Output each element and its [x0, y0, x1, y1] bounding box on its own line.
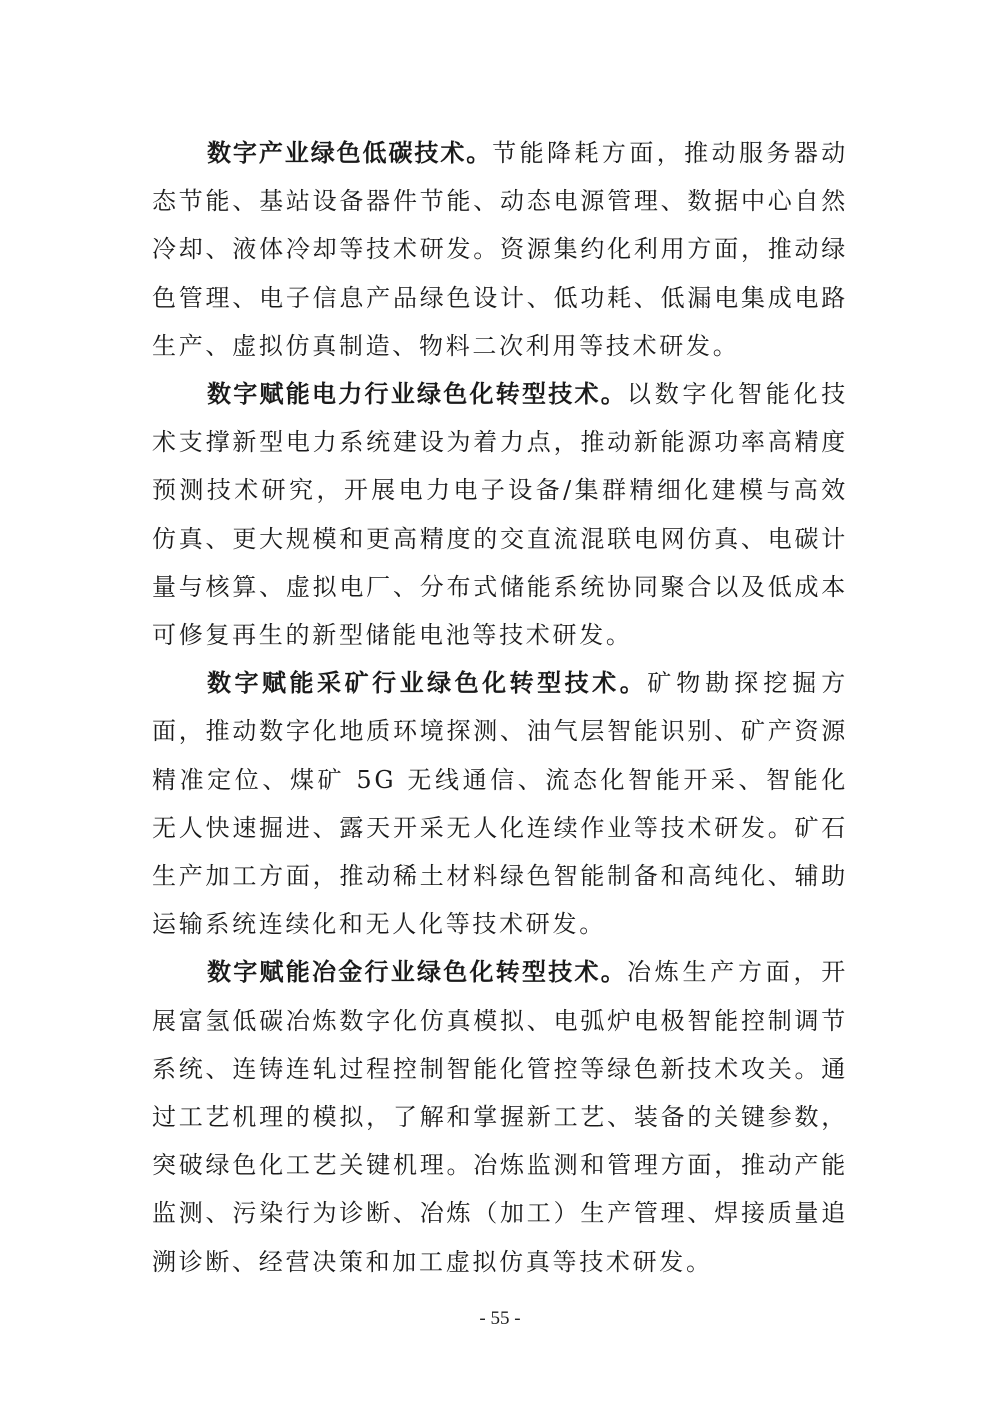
- document-page: 数字产业绿色低碳技术。节能降耗方面，推动服务器动态节能、基站设备器件节能、动态电…: [152, 129, 848, 1286]
- page-number: - 55 -: [0, 1308, 1000, 1330]
- paragraph-heading: 数字赋能电力行业绿色化转型技术。: [207, 380, 627, 408]
- paragraph-mining-industry-transformation: 数字赋能采矿行业绿色化转型技术。矿物勘探挖掘方面，推动数字化地质环境探测、油气层…: [152, 659, 848, 948]
- paragraph-body: 节能降耗方面，推动服务器动态节能、基站设备器件节能、动态电源管理、数据中心自然冷…: [152, 139, 848, 360]
- paragraph-metallurgy-industry-transformation: 数字赋能冶金行业绿色化转型技术。冶炼生产方面，开展富氢低碳冶炼数字化仿真模拟、电…: [152, 948, 848, 1285]
- paragraph-power-industry-transformation: 数字赋能电力行业绿色化转型技术。以数字化智能化技术支撑新型电力系统建设为着力点，…: [152, 370, 848, 659]
- paragraph-body: 矿物勘探挖掘方面，推动数字化地质环境探测、油气层智能识别、矿产资源精准定位、煤矿…: [152, 669, 848, 938]
- paragraph-heading: 数字赋能采矿行业绿色化转型技术。: [207, 669, 647, 697]
- paragraph-heading: 数字赋能冶金行业绿色化转型技术。: [207, 958, 627, 986]
- paragraph-digital-industry-green-low-carbon: 数字产业绿色低碳技术。节能降耗方面，推动服务器动态节能、基站设备器件节能、动态电…: [152, 129, 848, 370]
- paragraph-body: 以数字化智能化技术支撑新型电力系统建设为着力点，推动新能源功率高精度预测技术研究…: [152, 380, 848, 649]
- paragraph-heading: 数字产业绿色低碳技术。: [207, 139, 492, 167]
- paragraph-body: 冶炼生产方面，开展富氢低碳冶炼数字化仿真模拟、电弧炉电极智能控制调节系统、连铸连…: [152, 958, 848, 1275]
